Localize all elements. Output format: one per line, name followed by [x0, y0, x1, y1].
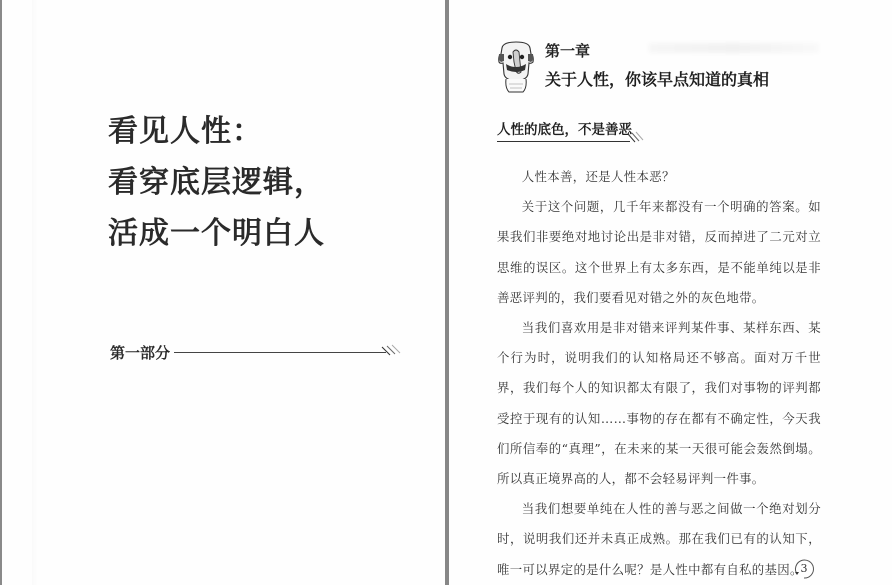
section-title: 人性的底色，不是善恶 — [497, 120, 632, 140]
section-underline — [497, 141, 630, 142]
body-text: 人性本善，还是人性本恶？ 关于这个问题，几千年来都没有一个明确的答案。如果我们非… — [497, 162, 821, 585]
right-page: 第一章 关于人性，你该早点知道的真相 人性的底色，不是善恶 人性本善，还是人性本… — [449, 0, 892, 585]
chapter-number: 第一章 — [545, 41, 590, 61]
paragraph: 当我们想要单纯在人性的善与恶之间做一个绝对划分时，说明我们还并未真正成熟。那在我… — [497, 494, 821, 585]
part-title: 看见人性： 看穿底层逻辑， 活成一个明白人 — [108, 106, 325, 259]
paragraph: 人性本善，还是人性本恶？ — [497, 162, 821, 192]
book-spread: 看见人性： 看穿底层逻辑， 活成一个明白人 第一部分 — [0, 0, 892, 585]
chapter-title: 关于人性，你该早点知道的真相 — [545, 69, 769, 91]
part-label-row: 第一部分 — [110, 343, 410, 365]
cartoon-mascot-icon — [497, 40, 535, 94]
part-title-line: 看见人性： — [108, 106, 325, 157]
page-number: 3 — [793, 558, 815, 580]
page-number-text: 3 — [793, 558, 815, 580]
triple-slash-ornament-icon — [627, 129, 649, 145]
part-title-line: 看穿底层逻辑， — [108, 157, 325, 208]
left-page: 看见人性： 看穿底层逻辑， 活成一个明白人 第一部分 — [0, 0, 445, 585]
part-divider-line — [174, 352, 386, 353]
part-title-line: 活成一个明白人 — [108, 208, 325, 259]
paragraph: 关于这个问题，几千年来都没有一个明确的答案。如果我们非要绝对地讨论出是非对错，反… — [497, 192, 821, 313]
part-label: 第一部分 — [110, 343, 170, 363]
section-heading: 人性的底色，不是善恶 — [497, 120, 647, 144]
paragraph: 当我们喜欢用是非对错来评判某件事、某样东西、某个行为时，说明我们的认知格局还不够… — [497, 313, 821, 494]
bleed-through-shadow — [649, 43, 819, 53]
triple-slash-ornament-icon — [380, 343, 410, 359]
